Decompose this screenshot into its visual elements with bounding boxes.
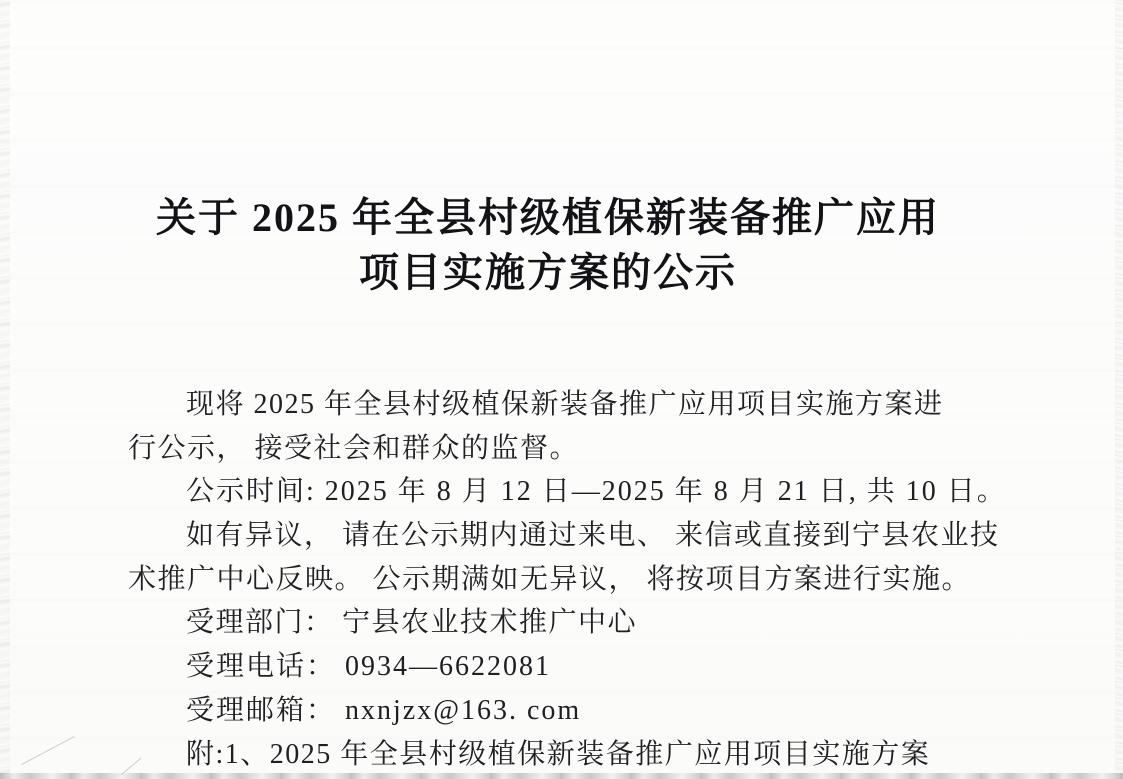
right-edge-scan-noise bbox=[1115, 0, 1123, 779]
notice-title-line-1: 关于 2025 年全县村级植保新装备推广应用 bbox=[0, 190, 1096, 245]
intro-line-1: 现将 2025 年全县村级植保新装备推广应用项目实施方案进 bbox=[128, 383, 1010, 427]
objection-line-2: 术推广中心反映。 公示期满如无异议， 将按项目方案进行实施。 bbox=[128, 558, 1010, 602]
notice-title-line-2: 项目实施方案的公示 bbox=[0, 245, 1096, 300]
attachment-line: 附:1、2025 年全县村级植保新装备推广应用项目实施方案 bbox=[128, 733, 1010, 777]
accepting-phone-line: 受理电话： 0934—6622081 bbox=[128, 645, 1010, 689]
accepting-department-line: 受理部门： 宁县农业技术推广中心 bbox=[128, 601, 1010, 645]
accepting-email-line: 受理邮箱： nxnjzx@163. com bbox=[128, 689, 1010, 733]
notice-body: 现将 2025 年全县村级植保新装备推广应用项目实施方案进 行公示， 接受社会和… bbox=[128, 383, 1010, 776]
objection-line-1: 如有异议， 请在公示期内通过来电、 来信或直接到宁县农业技 bbox=[128, 514, 1010, 558]
notice-title: 关于 2025 年全县村级植保新装备推广应用 项目实施方案的公示 bbox=[0, 190, 1096, 300]
left-edge-scan-noise bbox=[0, 0, 10, 779]
paper-crease-mark bbox=[21, 736, 74, 765]
intro-line-2: 行公示， 接受社会和群众的监督。 bbox=[128, 427, 1010, 471]
publicity-period-line: 公示时间: 2025 年 8 月 12 日—2025 年 8 月 21 日, 共… bbox=[128, 470, 1010, 514]
scanned-document-page: 关于 2025 年全县村级植保新装备推广应用 项目实施方案的公示 现将 2025… bbox=[0, 0, 1123, 779]
